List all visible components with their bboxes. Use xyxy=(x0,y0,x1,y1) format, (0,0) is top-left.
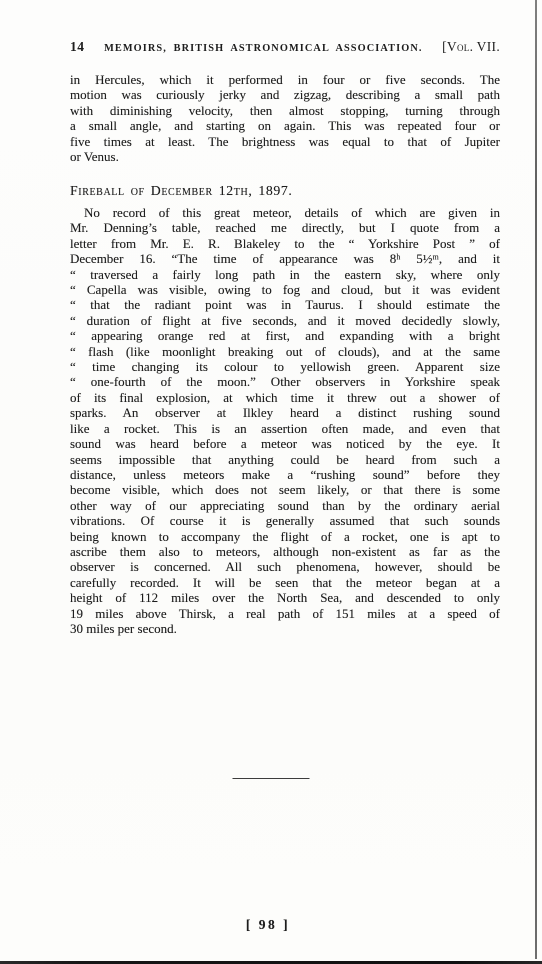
text-line: become visible, which does not seem like… xyxy=(70,482,500,497)
text-line: “ appearing orange red at first, and exp… xyxy=(70,328,500,343)
text-line: observer is concerned. All such phenomen… xyxy=(70,559,500,574)
text-line: “ duration of flight at five seconds, an… xyxy=(70,313,500,328)
header-title: MEMOIRS, BRITISH ASTRONOMICAL ASSOCIATIO… xyxy=(104,43,423,54)
text-line: distance, unless meteors make a “rushing… xyxy=(70,467,500,482)
text-line: letter from Mr. E. R. Blakeley to the “ … xyxy=(70,236,500,251)
text-line: ascribe them also to meteors, although n… xyxy=(70,544,500,559)
scan-edge-bottom xyxy=(0,961,542,964)
text-line: being known to accompany the flight of a… xyxy=(70,529,500,544)
text-line: “ time changing its colour to yellowish … xyxy=(70,359,500,374)
text-line: other way of our appreciating sound than… xyxy=(70,498,500,513)
section-heading: Fireball of December 12th, 1897. xyxy=(70,183,500,199)
text-line: motion was curiously jerky and zigzag, d… xyxy=(70,87,500,102)
text-line: 19 miles above Thirsk, a real path of 15… xyxy=(70,606,500,621)
scan-edge-right xyxy=(535,0,537,959)
text-line: height of 112 miles over the North Sea, … xyxy=(70,590,500,605)
text-line: “ one-fourth of the moon.” Other observe… xyxy=(70,374,500,389)
text-line: seems impossible that anything could be … xyxy=(70,452,500,467)
text-line: five times at least. The brightness was … xyxy=(70,134,500,149)
text-line: vibrations. Of course it is generally as… xyxy=(70,513,500,528)
text-line: in Hercules, which it performed in four … xyxy=(70,72,500,87)
text-line: or Venus. xyxy=(70,149,500,164)
text-line: “ that the radiant point was in Taurus. … xyxy=(70,297,500,312)
header-page-number: 14 xyxy=(70,39,85,55)
text-line: “ traversed a fairly long path in the ea… xyxy=(70,267,500,282)
text-line: sparks. An observer at Ilkley heard a di… xyxy=(70,405,500,420)
text-line: like a rocket. This is an assertion ofte… xyxy=(70,421,500,436)
text-line: Mr. Denning’s table, reached me directly… xyxy=(70,220,500,235)
scanned-book-page: 14 MEMOIRS, BRITISH ASTRONOMICAL ASSOCIA… xyxy=(0,0,542,964)
text-line: “ flash (like moonlight breaking out of … xyxy=(70,344,500,359)
text-line: December 16. “The time of appearance was… xyxy=(70,251,500,266)
footer-folio: [ 98 ] xyxy=(0,917,536,933)
paragraph-continuation: in Hercules, which it performed in four … xyxy=(70,72,500,164)
text-line: carefully recorded. It will be seen that… xyxy=(70,575,500,590)
text-line: sound was heard before a meteor was noti… xyxy=(70,436,500,451)
paragraph-fireball-account: No record of this great meteor, details … xyxy=(70,205,500,636)
running-head: 14 MEMOIRS, BRITISH ASTRONOMICAL ASSOCIA… xyxy=(70,39,500,55)
text-line: a small angle, and starting on again. Th… xyxy=(70,118,500,133)
text-line: with diminishing velocity, then almost s… xyxy=(70,103,500,118)
header-volume-label: [Vol. VII. xyxy=(442,39,500,55)
text-line: No record of this great meteor, details … xyxy=(70,205,500,220)
text-line: “ Capella was visible, owing to fog and … xyxy=(70,282,500,297)
section-end-rule xyxy=(233,778,310,779)
text-line: 30 miles per second. xyxy=(70,621,500,636)
text-line: of its final explosion, at which time it… xyxy=(70,390,500,405)
